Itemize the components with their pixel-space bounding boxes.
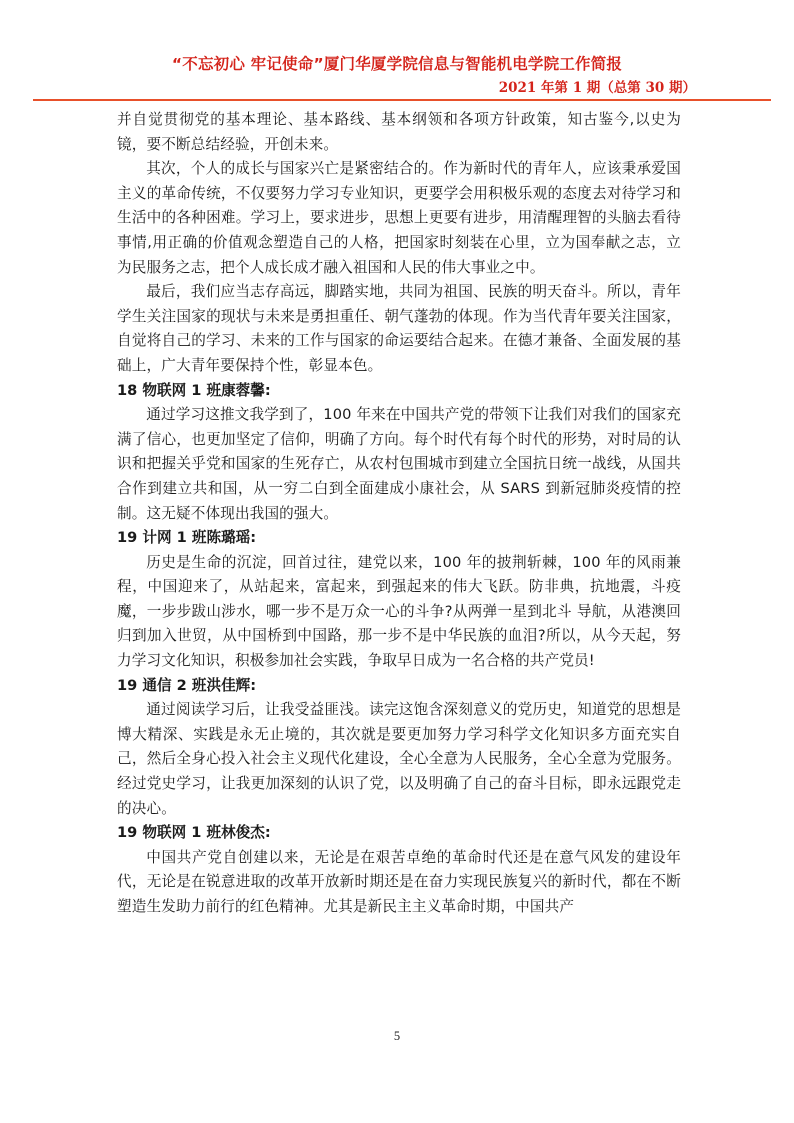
paragraph: 其次，个人的成长与国家兴亡是紧密结合的。作为新时代的青年人，应该秉承爱国主义的革…	[117, 157, 681, 280]
document-header: “不忘初心 牢记使命”厦门华厦学院信息与智能机电学院工作简报 2021 年第 1…	[0, 0, 794, 104]
reflection-section: 19 物联网 1 班林俊杰: 中国共产党自创建以来，无论是在艰苦卓绝的革命时代还…	[117, 821, 681, 919]
reflection-section: 19 计网 1 班陈璐瑶: 历史是生命的沉淀，回首过往，建党以来，100 年的披…	[117, 526, 681, 674]
author-byline: 19 通信 2 班洪佳辉:	[117, 674, 681, 699]
paragraph: 最后，我们应当志存高远，脚踏实地，共同为祖国、民族的明天奋斗。所以，青年学生关注…	[117, 280, 681, 378]
reflection-section: 19 通信 2 班洪佳辉: 通过阅读学习后，让我受益匪浅。读完这饱含深刻意义的党…	[117, 674, 681, 822]
page-number: 5	[0, 1029, 794, 1044]
paragraph-continued: 并自觉贯彻党的基本理论、基本路线、基本纲领和各项方针政策，知古鉴今,以史为镜，要…	[117, 108, 681, 157]
document-body: 并自觉贯彻党的基本理论、基本路线、基本纲领和各项方针政策，知古鉴今,以史为镜，要…	[117, 108, 681, 920]
reflection-section: 18 物联网 1 班康蓉馨: 通过学习这推文我学到了，100 年来在中国共产党的…	[117, 379, 681, 527]
paragraph: 中国共产党自创建以来，无论是在艰苦卓绝的革命时代还是在意气风发的建设年代，无论是…	[117, 846, 681, 920]
author-byline: 18 物联网 1 班康蓉馨:	[117, 379, 681, 404]
author-byline: 19 物联网 1 班林俊杰:	[117, 821, 681, 846]
author-byline: 19 计网 1 班陈璐瑶:	[117, 526, 681, 551]
paragraph: 通过学习这推文我学到了，100 年来在中国共产党的带领下让我们对我们的国家充满了…	[117, 403, 681, 526]
paragraph: 通过阅读学习后，让我受益匪浅。读完这饱含深刻意义的党历史，知道党的思想是博大精深…	[117, 698, 681, 821]
bulletin-title: “不忘初心 牢记使命”厦门华厦学院信息与智能机电学院工作简报	[0, 52, 794, 74]
header-divider	[33, 99, 771, 101]
issue-number: 2021 年第 1 期（总第 30 期）	[499, 76, 696, 96]
paragraph: 历史是生命的沉淀，回首过往，建党以来，100 年的披荆斩棘，100 年的风雨兼程…	[117, 551, 681, 674]
